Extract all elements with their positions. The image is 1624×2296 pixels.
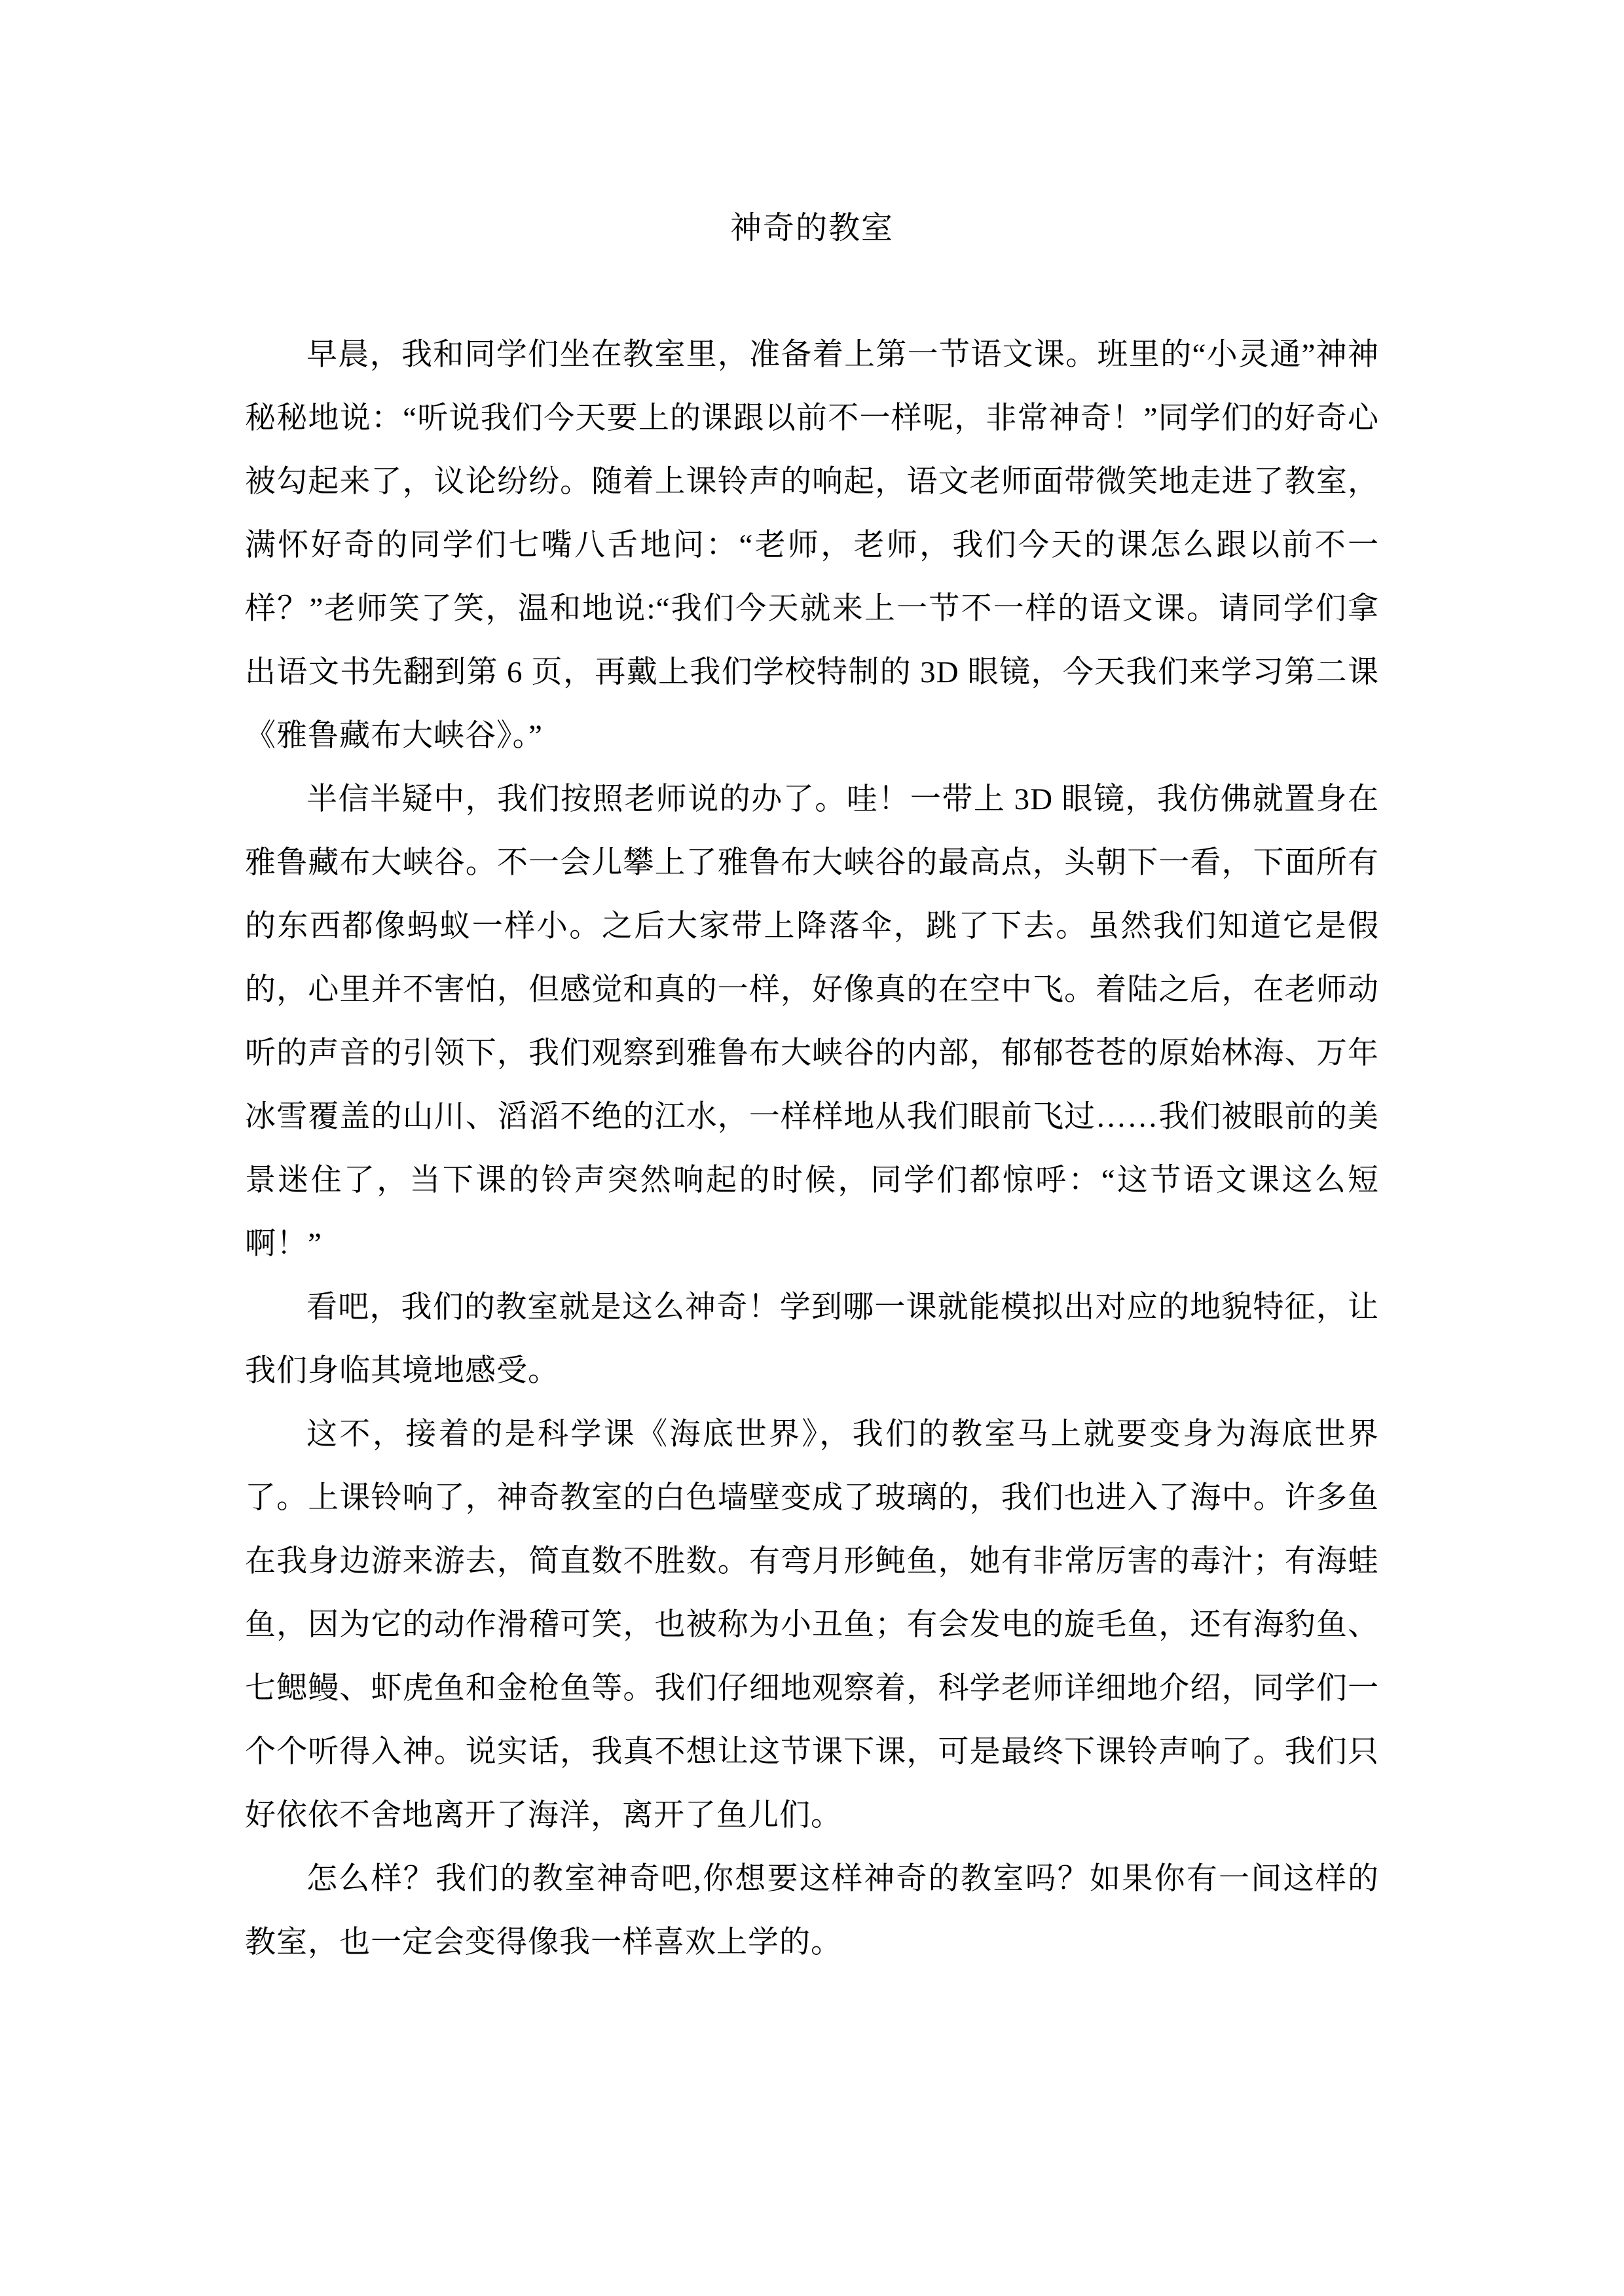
document-title: 神奇的教室 <box>245 196 1379 260</box>
document-page: 神奇的教室 早晨，我和同学们坐在教室里，准备着上第一节语文课。班里的“小灵通”神… <box>0 0 1624 2296</box>
paragraph: 怎么样？我们的教室神奇吧,你想要这样神奇的教室吗？如果你有一间这样的教室，也一定… <box>245 1848 1379 1975</box>
paragraph: 看吧，我们的教室就是这么神奇！学到哪一课就能模拟出对应的地貌特征，让我们身临其境… <box>245 1276 1379 1403</box>
paragraph: 早晨，我和同学们坐在教室里，准备着上第一节语文课。班里的“小灵通”神神秘秘地说：… <box>245 323 1379 768</box>
paragraph: 半信半疑中，我们按照老师说的办了。哇！一带上 3D 眼镜，我仿佛就置身在雅鲁藏布… <box>245 768 1379 1276</box>
paragraph: 这不，接着的是科学课《海底世界》，我们的教室马上就要变身为海底世界了。上课铃响了… <box>245 1403 1379 1848</box>
